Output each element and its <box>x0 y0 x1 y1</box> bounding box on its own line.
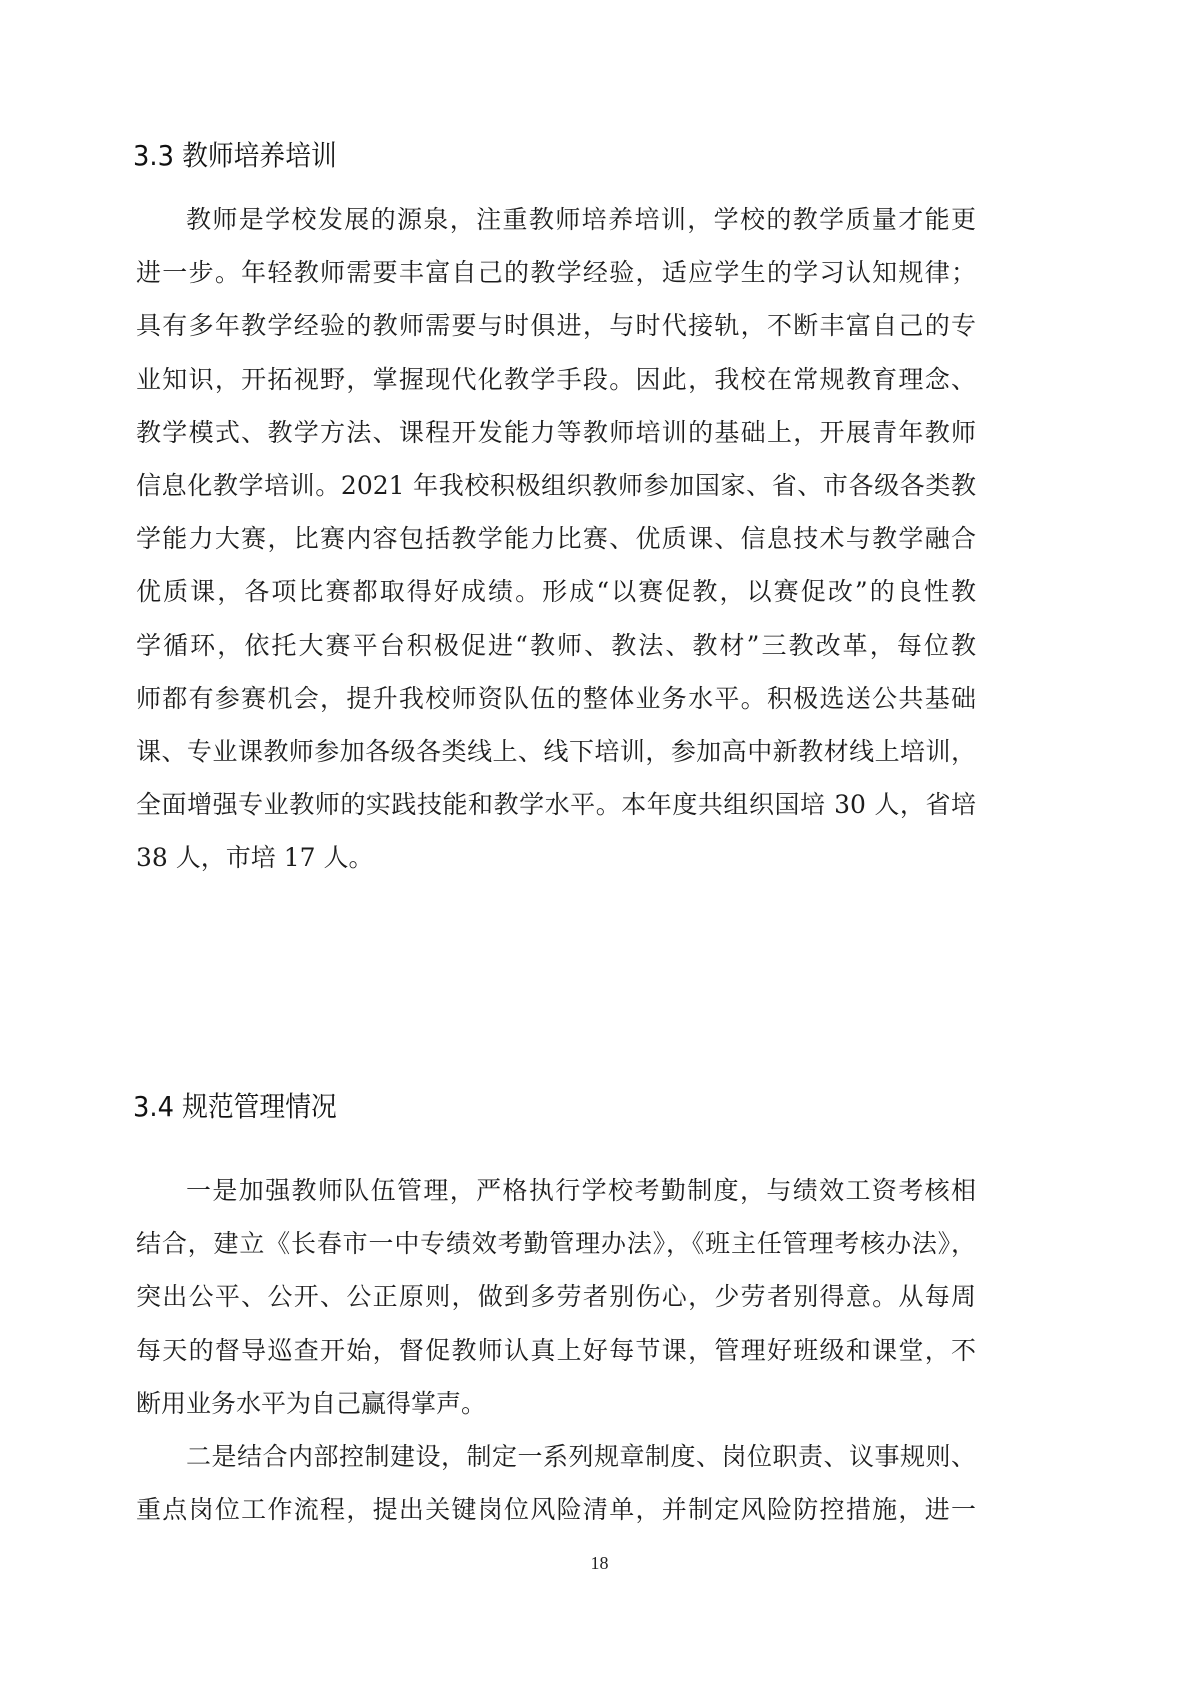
paragraph-staff-management: 一是加强教师队伍管理，严格执行学校考勤制度，与绩效工资考核相 结合，建立《长春市… <box>136 1164 976 1430</box>
text-line: 业知识，开拓视野，掌握现代化教学手段。因此，我校在常规教育理念、 <box>136 353 976 406</box>
page-number: 18 <box>0 1553 1199 1574</box>
text-line: 学循环，依托大赛平台积极促进“教师、教法、教材”三教改革，每位教 <box>136 619 976 672</box>
section-heading-3-3: 3.3 教师培养培训 <box>133 134 337 174</box>
text-line: 优质课，各项比赛都取得好成绩。形成“以赛促教，以赛促改”的良性教 <box>136 565 976 618</box>
text-line: 38 人，市培 17 人。 <box>136 831 976 884</box>
text-line: 断用业务水平为自己赢得掌声。 <box>136 1377 976 1430</box>
text-line: 全面增强专业教师的实践技能和教学水平。本年度共组织国培 30 人，省培 <box>136 778 976 831</box>
text-line: 二是结合内部控制建设，制定一系列规章制度、岗位职责、议事规则、 <box>136 1430 976 1483</box>
text-line: 重点岗位工作流程，提出关键岗位风险清单，并制定风险防控措施，进一 <box>136 1483 976 1536</box>
text-line: 师都有参赛机会，提升我校师资队伍的整体业务水平。积极选送公共基础 <box>136 672 976 725</box>
text-line: 课、专业课教师参加各级各类线上、线下培训，参加高中新教材线上培训， <box>136 725 976 778</box>
text-line: 每天的督导巡查开始，督促教师认真上好每节课，管理好班级和课堂，不 <box>136 1324 976 1377</box>
text-line: 一是加强教师队伍管理，严格执行学校考勤制度，与绩效工资考核相 <box>136 1164 976 1217</box>
paragraph-internal-control: 二是结合内部控制建设，制定一系列规章制度、岗位职责、议事规则、 重点岗位工作流程… <box>136 1430 976 1536</box>
document-page: 3.3 教师培养培训 教师是学校发展的源泉，注重教师培养培训，学校的教学质量才能… <box>0 0 1199 1696</box>
text-line: 进一步。年轻教师需要丰富自己的教学经验，适应学生的学习认知规律； <box>136 246 976 299</box>
text-line: 突出公平、公开、公正原则，做到多劳者别伤心，少劳者别得意。从每周 <box>136 1270 976 1323</box>
text-line: 教师是学校发展的源泉，注重教师培养培训，学校的教学质量才能更 <box>136 193 976 246</box>
section-heading-3-4: 3.4 规范管理情况 <box>133 1085 337 1125</box>
text-line: 具有多年教学经验的教师需要与时俱进，与时代接轨，不断丰富自己的专 <box>136 299 976 352</box>
text-line: 学能力大赛，比赛内容包括教学能力比赛、优质课、信息技术与教学融合 <box>136 512 976 565</box>
text-line: 结合，建立《长春市一中专绩效考勤管理办法》，《班主任管理考核办法》， <box>136 1217 976 1270</box>
paragraph-teacher-training: 教师是学校发展的源泉，注重教师培养培训，学校的教学质量才能更 进一步。年轻教师需… <box>136 193 976 884</box>
text-line: 教学模式、教学方法、课程开发能力等教师培训的基础上，开展青年教师 <box>136 406 976 459</box>
text-line: 信息化教学培训。2021 年我校积极组织教师参加国家、省、市各级各类教 <box>136 459 976 512</box>
